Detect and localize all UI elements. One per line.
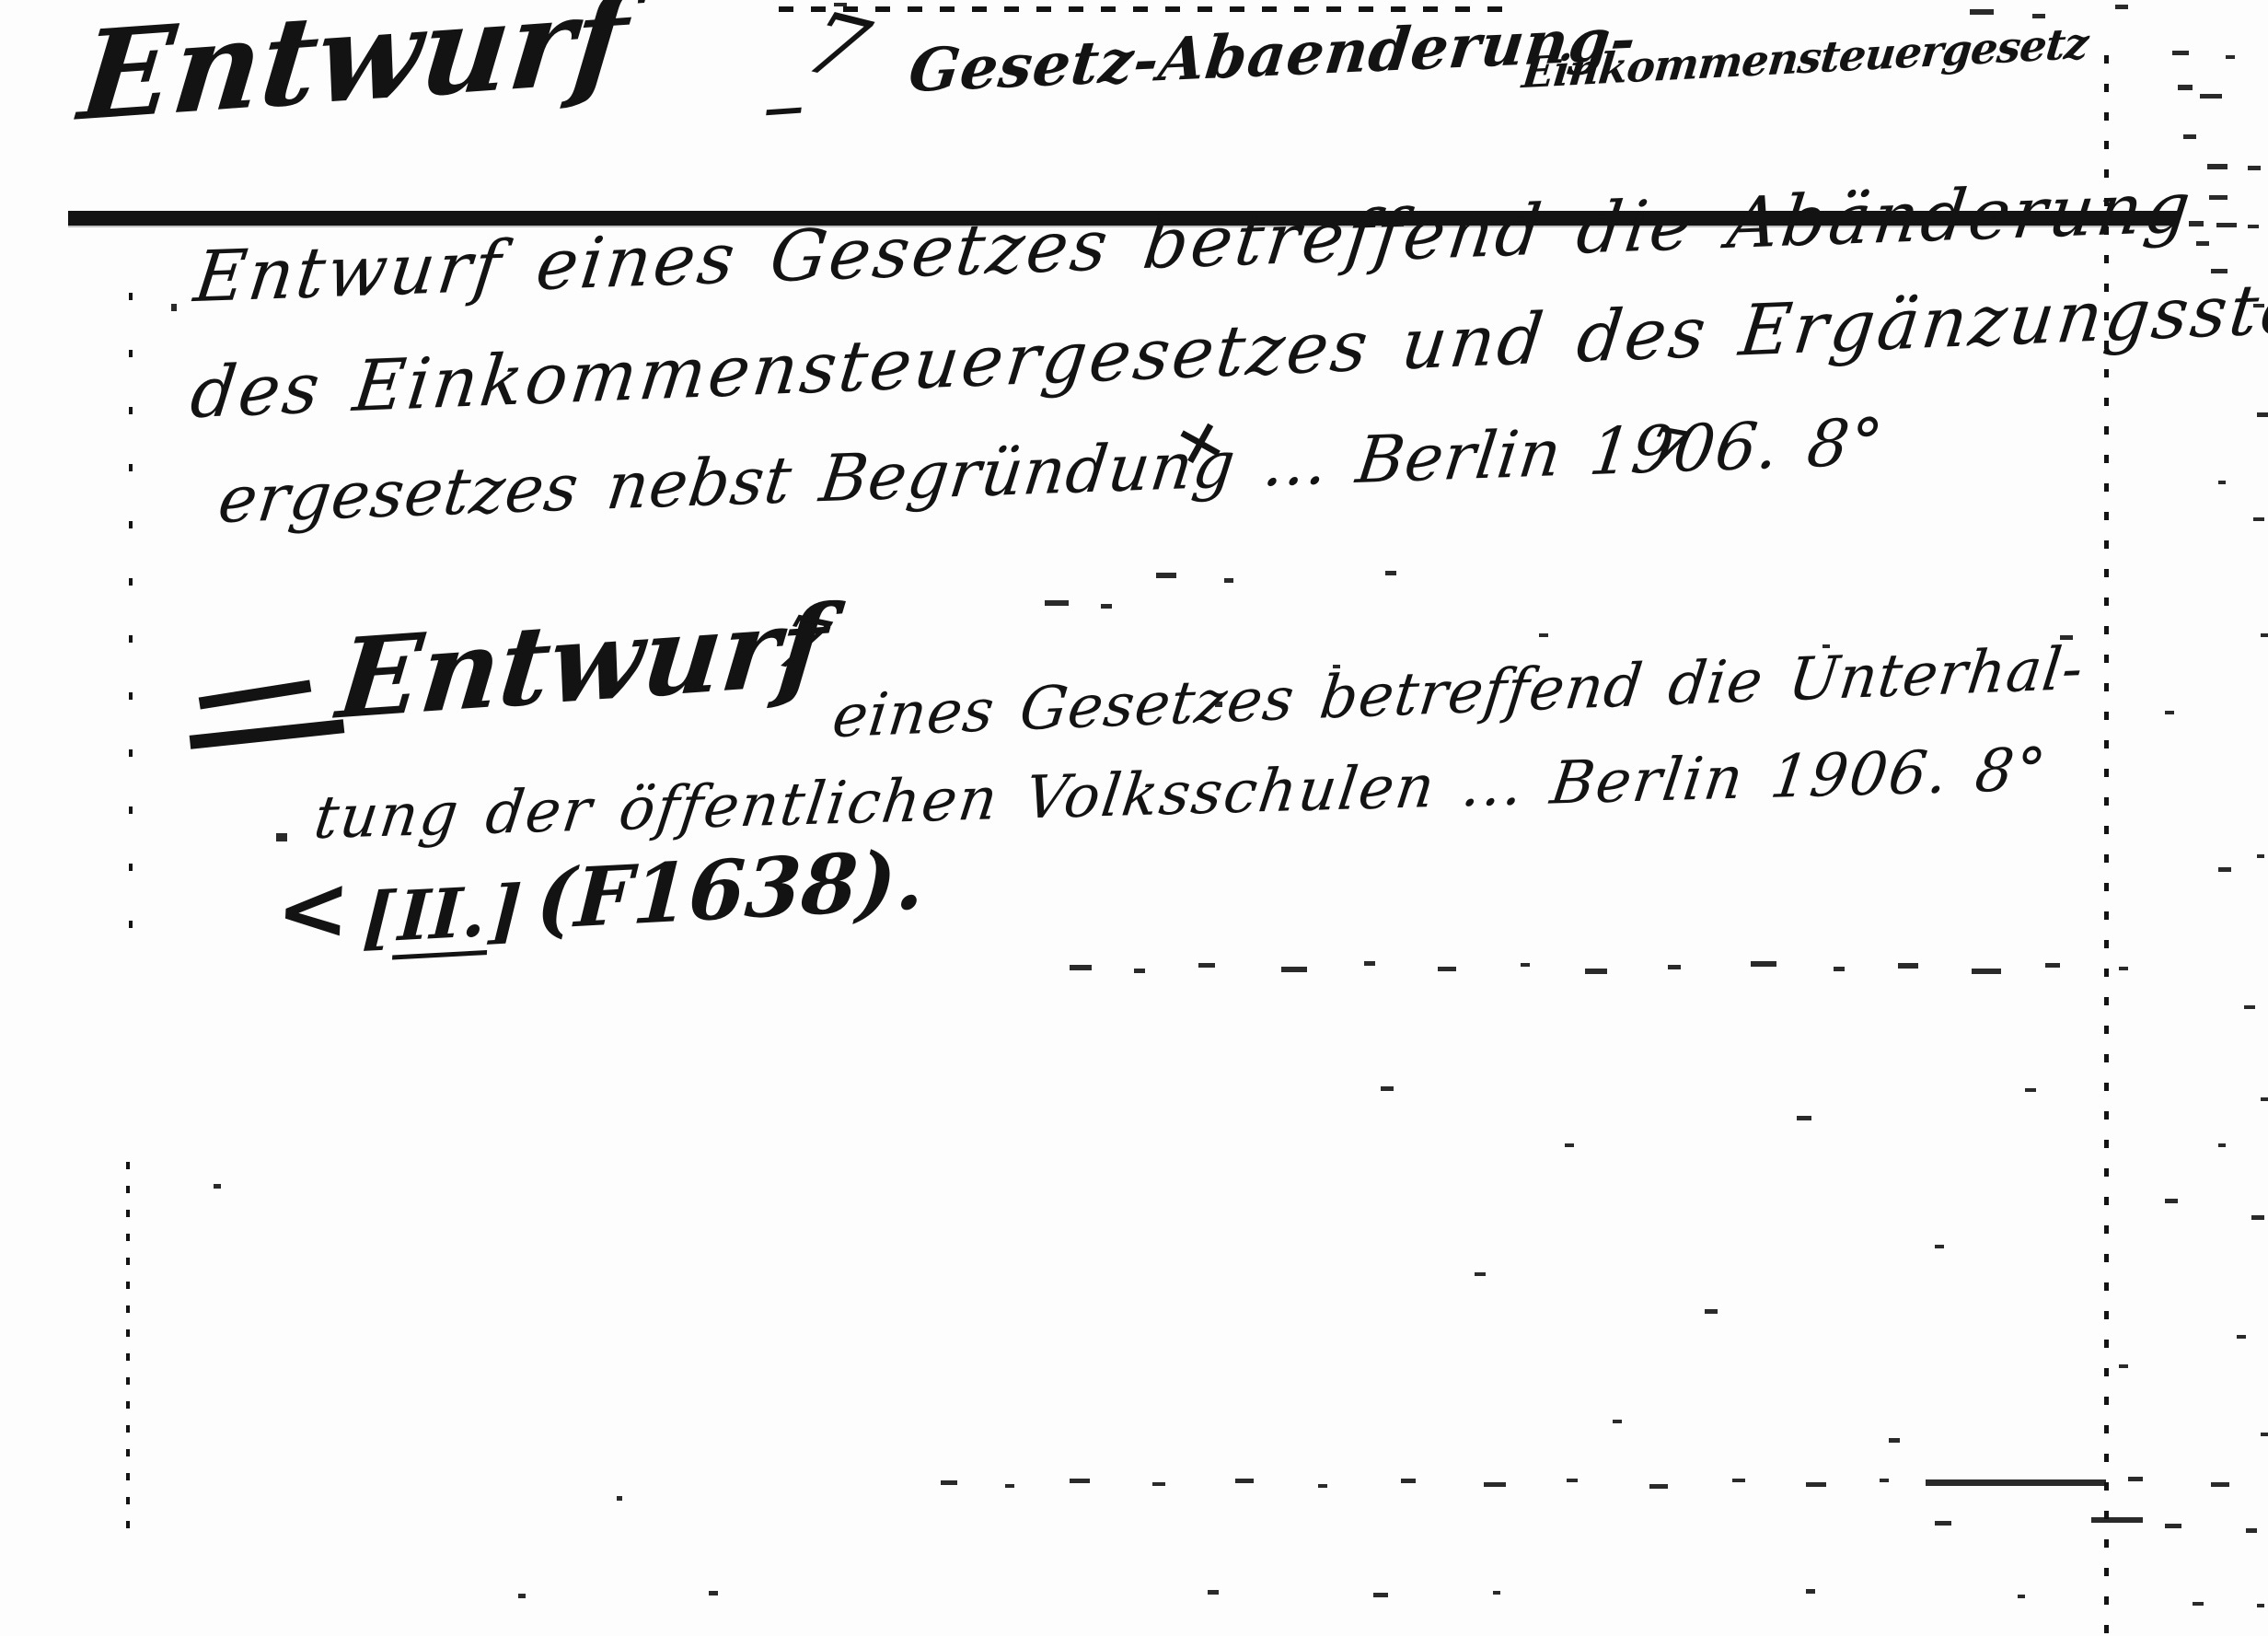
scan-noise-speck (1493, 1591, 1500, 1595)
scan-noise-speck (1935, 1521, 1951, 1526)
scan-noise-speck (1751, 961, 1776, 967)
scan-noise-speck (1649, 1484, 1668, 1489)
scan-noise-speck (1668, 965, 1681, 969)
entry1-line3: ergesetzes nebst Begründung ... Berlin 1… (214, 404, 1888, 539)
scan-noise-speck (1797, 1116, 1811, 1120)
scan-noise-speck (1381, 1086, 1394, 1091)
scan-noise-speck (2119, 967, 2128, 970)
scan-noise-speck (214, 1184, 221, 1189)
scan-noise-speck (834, 3, 847, 6)
scan-noise-speck (2244, 1005, 2255, 1009)
scan-noise-speck (1539, 633, 1548, 637)
scan-noise-speck (2115, 5, 2128, 9)
entry2-line1: eines Gesetzes betreffend die Unterhal- (829, 635, 2088, 752)
scan-noise-speck (2060, 635, 2073, 640)
scan-noise-speck (518, 1594, 526, 1598)
scan-noise-speck (1070, 965, 1092, 970)
scan-noise-speck (2209, 195, 2227, 200)
left-dotted-rule-lower (126, 1162, 130, 1539)
top-dashed-line (779, 6, 1515, 12)
scan-noise-speck (1208, 1590, 1219, 1595)
angle-insertion-mark: < (274, 864, 353, 957)
scan-noise-speck (2261, 1433, 2268, 1436)
left-dotted-rule-upper (129, 293, 133, 965)
scan-noise-speck (2261, 633, 2268, 637)
scan-noise-speck (1281, 967, 1307, 972)
scan-noise-speck (2261, 1097, 2268, 1101)
scan-noise-speck (1438, 967, 1456, 971)
scan-noise-speck (1822, 644, 1830, 648)
entry2-title-word: Entwurf (332, 580, 833, 743)
entry2-line2: tung der öffentlichen Volksschulen ... B… (310, 736, 2051, 853)
scan-noise-speck (1880, 1479, 1889, 1482)
scan-noise-speck (2165, 711, 2174, 714)
scan-noise-speck (2251, 1215, 2264, 1220)
scan-noise-speck (1565, 1143, 1574, 1147)
scan-noise-speck (2025, 1088, 2036, 1092)
catalog-card-scan: Entwurf – 7 Gesetz-Abaenderung- Einkomme… (0, 0, 2268, 1636)
scan-noise-speck (2189, 221, 2204, 226)
scan-noise-speck (1385, 571, 1396, 575)
scan-noise-speck (1156, 573, 1176, 578)
scan-noise-speck (1898, 963, 1918, 969)
shelfmark: (F1638). (535, 839, 926, 940)
scan-noise-speck (1235, 1479, 1254, 1483)
scan-noise-speck (2248, 166, 2261, 170)
scan-noise-speck (2018, 1595, 2025, 1598)
scan-noise-speck (2246, 1528, 2257, 1533)
scan-noise-speck (1935, 1245, 1944, 1248)
scan-noise-speck (2218, 867, 2231, 872)
scan-noise-speck (1333, 665, 1340, 668)
bracket-close: ] (488, 876, 524, 946)
scan-noise-speck (2196, 241, 2209, 246)
scan-noise-speck (2172, 51, 2189, 55)
scan-noise-speck (1834, 967, 1845, 971)
scan-noise-speck (2218, 481, 2226, 484)
scan-noise-speck (1373, 1593, 1388, 1597)
scan-noise-speck (2248, 225, 2259, 228)
scan-noise-speck (1484, 1482, 1506, 1487)
entry2-reference-line: < [ II. ] (F1638). (273, 833, 926, 966)
scan-noise-speck (2045, 963, 2060, 968)
scan-noise-speck (1101, 604, 1112, 609)
scan-noise-speck (1215, 702, 1222, 707)
scan-noise-speck (941, 1480, 957, 1485)
scan-noise-speck (2178, 85, 2193, 90)
scan-noise-speck (1318, 1484, 1327, 1488)
scan-noise-speck (1152, 1482, 1165, 1486)
scan-noise-speck (1521, 963, 1530, 967)
scan-noise-speck (1926, 1479, 2106, 1486)
scan-noise-speck (2237, 1335, 2246, 1339)
scan-noise-speck (1972, 969, 2001, 974)
scan-noise-speck (1585, 969, 1607, 974)
equals-mark (199, 680, 312, 710)
scan-noise-speck (1613, 1420, 1622, 1423)
scan-noise-speck (2183, 134, 2196, 139)
scan-noise-speck (2257, 412, 2268, 417)
scan-noise-speck (709, 1591, 718, 1595)
scan-noise-speck (1070, 1479, 1090, 1483)
scan-noise-speck (1224, 578, 1233, 583)
scan-noise-speck (2211, 1482, 2229, 1487)
scan-noise-speck (1005, 1484, 1014, 1488)
scan-noise-speck (1198, 963, 1215, 968)
scan-noise-speck (1134, 969, 1145, 973)
header-insertion-mark: 7 (793, 0, 881, 101)
header-title-word: Entwurf (74, 0, 633, 149)
scan-noise-speck (1970, 9, 1994, 15)
bracket-open: [ (361, 883, 397, 953)
scan-noise-speck (2253, 517, 2264, 521)
scan-noise-speck (2165, 1524, 2181, 1528)
scan-noise-speck (1475, 1272, 1486, 1276)
scan-noise-speck (1364, 961, 1375, 966)
scan-noise-speck (2211, 269, 2227, 273)
scan-noise-speck (1705, 1309, 1718, 1314)
equals-mark (190, 719, 345, 748)
scan-noise-speck (1806, 1589, 1815, 1594)
scan-noise-speck (276, 833, 287, 841)
scan-noise-speck (2119, 1364, 2128, 1368)
scan-noise-speck (1401, 1479, 1416, 1483)
scan-noise-speck (2253, 304, 2264, 307)
scan-noise-speck (2226, 55, 2235, 59)
scan-noise-speck (2207, 164, 2227, 169)
scan-noise-speck (2200, 94, 2222, 99)
scan-noise-speck (1045, 600, 1069, 606)
scan-noise-speck (617, 1496, 622, 1501)
volume-numeral: II. (392, 878, 491, 960)
scan-noise-speck (1567, 1479, 1578, 1482)
scan-noise-speck (2091, 1517, 2143, 1523)
scan-noise-speck (2218, 1143, 2226, 1147)
scan-noise-speck (2032, 14, 2045, 18)
scan-noise-speck (2216, 223, 2237, 227)
scan-noise-speck (1806, 1482, 1826, 1487)
scan-noise-speck (2257, 1604, 2264, 1607)
scan-noise-speck (171, 304, 177, 311)
scan-noise-speck (2128, 1477, 2143, 1481)
scan-noise-speck (2165, 1199, 2178, 1203)
scan-noise-speck (2257, 854, 2264, 858)
scan-noise-speck (2193, 1602, 2204, 1606)
scan-noise-speck (1732, 1479, 1745, 1482)
scan-noise-speck (1889, 1438, 1900, 1443)
